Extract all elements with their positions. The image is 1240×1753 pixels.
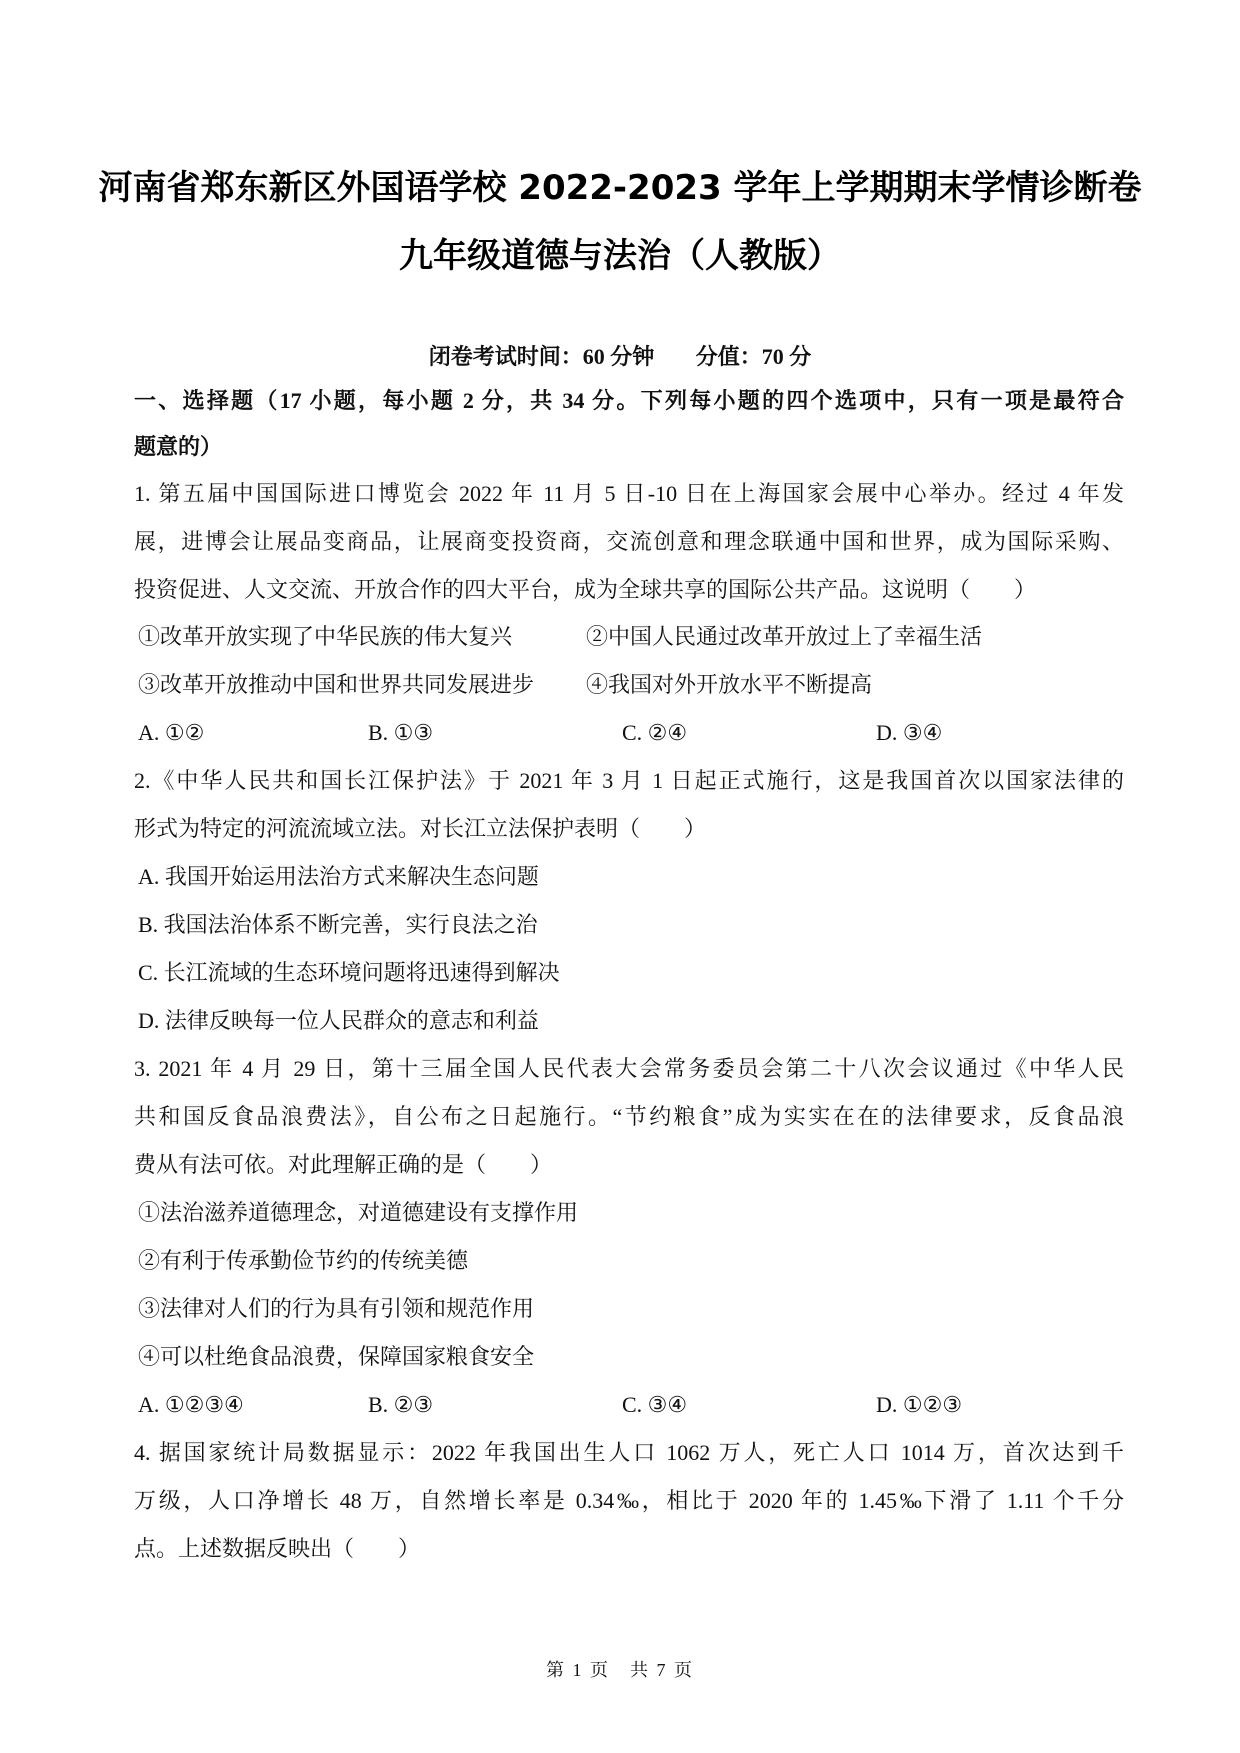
option-c[interactable]: C. 长江流域的生态环境问题将迅速得到解决 xyxy=(138,958,1128,988)
statement: ②有利于传承勤俭节约的传统美德 xyxy=(138,1246,1128,1276)
exam-meta: 闭卷考试时间：60 分钟 分值：70 分 xyxy=(0,340,1240,371)
question-stem-line: 共和国反食品浪费法》，自公布之日起施行。“节约粮食”成为实实在在的法律要求，反食… xyxy=(134,1102,1124,1132)
exam-time: 闭卷考试时间：60 分钟 xyxy=(429,344,655,369)
statement: ①法治滋养道德理念，对道德建设有支撑作用 xyxy=(138,1198,1128,1228)
exam-score: 分值：70 分 xyxy=(696,344,812,369)
option-d[interactable]: D. ③④ xyxy=(876,718,942,748)
question-stem-line: 展，进博会让展品变商品，让展商变投资商，交流创意和理念联通中国和世界，成为国际采… xyxy=(134,527,1124,557)
option-d[interactable]: D. 法律反映每一位人民群众的意志和利益 xyxy=(138,1006,1128,1036)
question-stem-line: 形式为特定的河流流域立法。对长江立法保护表明（ ） xyxy=(134,814,1124,844)
question-stem-line: 万级，人口净增长 48 万，自然增长率是 0.34‰，相比于 2020 年的 1… xyxy=(134,1486,1124,1516)
statement: ④可以杜绝食品浪费，保障国家粮食安全 xyxy=(138,1342,1128,1372)
question-stem-line: 1. 第五届中国国际进口博览会 2022 年 11 月 5 日-10 日在上海国… xyxy=(134,479,1124,509)
option-c[interactable]: C. ②④ xyxy=(622,718,687,748)
statement: ④我国对外开放水平不断提高 xyxy=(586,670,872,700)
answer-options: A. ①②③④ B. ②③ C. ③④ D. ①②③ xyxy=(138,1390,1128,1420)
exam-title: 河南省郑东新区外国语学校 2022-2023 学年上学期期末学情诊断卷 xyxy=(0,160,1240,209)
option-b[interactable]: B. 我国法治体系不断完善，实行良法之治 xyxy=(138,910,1128,940)
question-stem-line: 点。上述数据反映出（ ） xyxy=(134,1534,1124,1564)
statement: ①改革开放实现了中华民族的伟大复兴 xyxy=(138,622,512,652)
section-heading-cont: 题意的） xyxy=(134,432,1124,462)
question-stem-line: 投资促进、人文交流、开放合作的四大平台，成为全球共享的国际公共产品。这说明（ ） xyxy=(134,575,1124,605)
statement: ③改革开放推动中国和世界共同发展进步 xyxy=(138,670,534,700)
statement: ③法律对人们的行为具有引领和规范作用 xyxy=(138,1294,1128,1324)
statement: ②中国人民通过改革开放过上了幸福生活 xyxy=(586,622,982,652)
option-a[interactable]: A. 我国开始运用法治方式来解决生态问题 xyxy=(138,862,1128,892)
option-b[interactable]: B. ①③ xyxy=(368,718,433,748)
section-heading: 一、选择题（17 小题，每小题 2 分，共 34 分。下列每小题的四个选项中，只… xyxy=(134,386,1124,416)
page-indicator: 第 1 页 共 7 页 xyxy=(0,1656,1240,1682)
option-b[interactable]: B. ②③ xyxy=(368,1390,433,1420)
question-stem-line: 3. 2021 年 4 月 29 日，第十三届全国人民代表大会常务委员会第二十八… xyxy=(134,1054,1124,1084)
option-a[interactable]: A. ①② xyxy=(138,718,204,748)
option-d[interactable]: D. ①②③ xyxy=(876,1390,962,1420)
question-stem-line: 4. 据国家统计局数据显示：2022 年我国出生人口 1062 万人，死亡人口 … xyxy=(134,1438,1124,1468)
option-a[interactable]: A. ①②③④ xyxy=(138,1390,244,1420)
exam-subtitle: 九年级道德与法治（人教版） xyxy=(0,228,1240,277)
question-stem-line: 费从有法可依。对此理解正确的是（ ） xyxy=(134,1150,1124,1180)
answer-options: A. ①② B. ①③ C. ②④ D. ③④ xyxy=(138,718,1128,748)
statement-row: ③改革开放推动中国和世界共同发展进步 ④我国对外开放水平不断提高 xyxy=(138,670,1128,700)
statement-row: ①改革开放实现了中华民族的伟大复兴 ②中国人民通过改革开放过上了幸福生活 xyxy=(138,622,1128,652)
question-stem-line: 2.《中华人民共和国长江保护法》于 2021 年 3 月 1 日起正式施行，这是… xyxy=(134,766,1124,796)
option-c[interactable]: C. ③④ xyxy=(622,1390,687,1420)
